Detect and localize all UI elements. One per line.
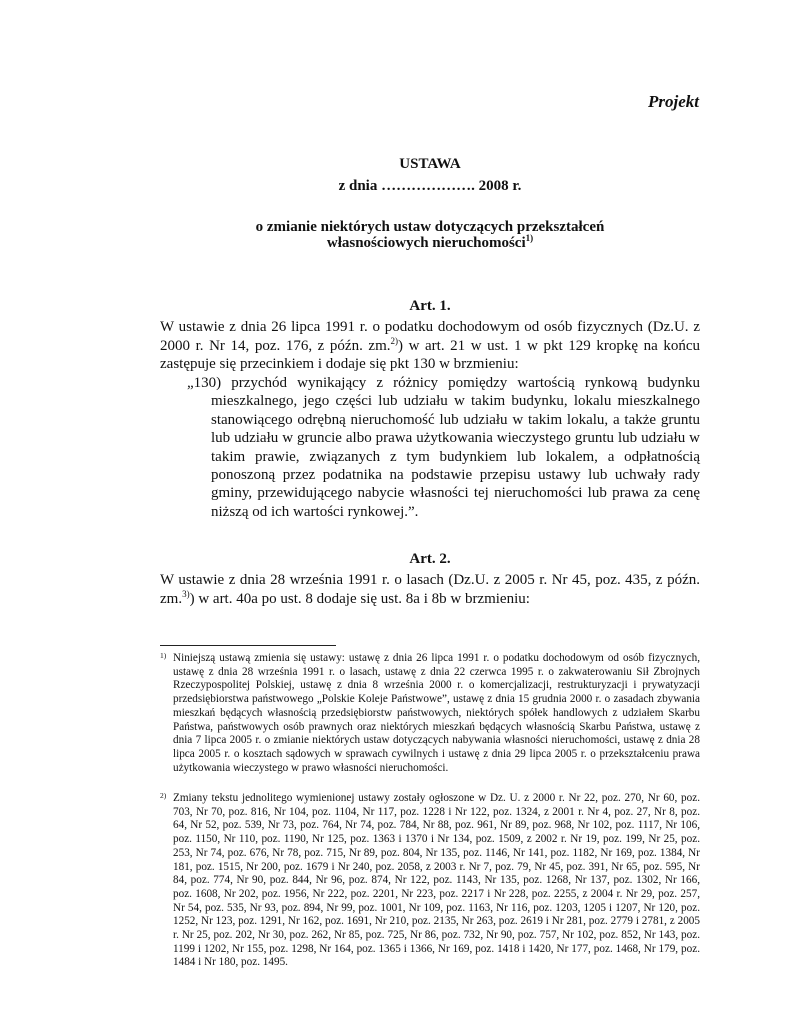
footnote-separator-rule bbox=[160, 645, 336, 646]
article-1-body: W ustawie z dnia 26 lipca 1991 r. o poda… bbox=[160, 318, 700, 374]
footnote-1-mark: 1) bbox=[160, 649, 166, 663]
footnote-2-mark: 2) bbox=[160, 789, 166, 803]
document-page: Projekt USTAWA z dnia ………………. 2008 r. o … bbox=[0, 0, 791, 1024]
document-subject-line-2: własnościowych nieruchomości1) bbox=[160, 235, 700, 252]
footnote-ref-2[interactable]: 2) bbox=[391, 336, 399, 346]
footnote-1-text: Niniejszą ustawą zmienia się ustawy: ust… bbox=[173, 652, 700, 774]
draft-status-label: Projekt bbox=[648, 92, 699, 112]
article-1-heading: Art. 1. bbox=[160, 298, 700, 315]
footnote-2-text: Zmiany tekstu jednolitego wymienionej us… bbox=[173, 792, 700, 968]
subject-line-2-text: własnościowych nieruchomości bbox=[327, 235, 526, 251]
footnote-ref-3[interactable]: 3) bbox=[182, 589, 190, 599]
document-subject-line-1: o zmianie niektórych ustaw dotyczących p… bbox=[160, 219, 700, 236]
article-2-body: W ustawie z dnia 28 września 1991 r. o l… bbox=[160, 571, 700, 608]
footnote-2: 2) Zmiany tekstu jednolitego wymienionej… bbox=[173, 792, 700, 970]
article-2-body-part2: ) w art. 40a po ust. 8 dodaje się ust. 8… bbox=[190, 591, 530, 607]
article-1-quoted-provision: „130) przychód wynikający z różnicy pomi… bbox=[211, 374, 700, 521]
footnote-1: 1) Niniejszą ustawą zmienia się ustawy: … bbox=[173, 652, 700, 775]
article-2-heading: Art. 2. bbox=[160, 551, 700, 568]
document-type-heading: USTAWA bbox=[160, 156, 700, 173]
document-date-line: z dnia ………………. 2008 r. bbox=[160, 178, 700, 195]
footnote-ref-1[interactable]: 1) bbox=[526, 233, 534, 243]
